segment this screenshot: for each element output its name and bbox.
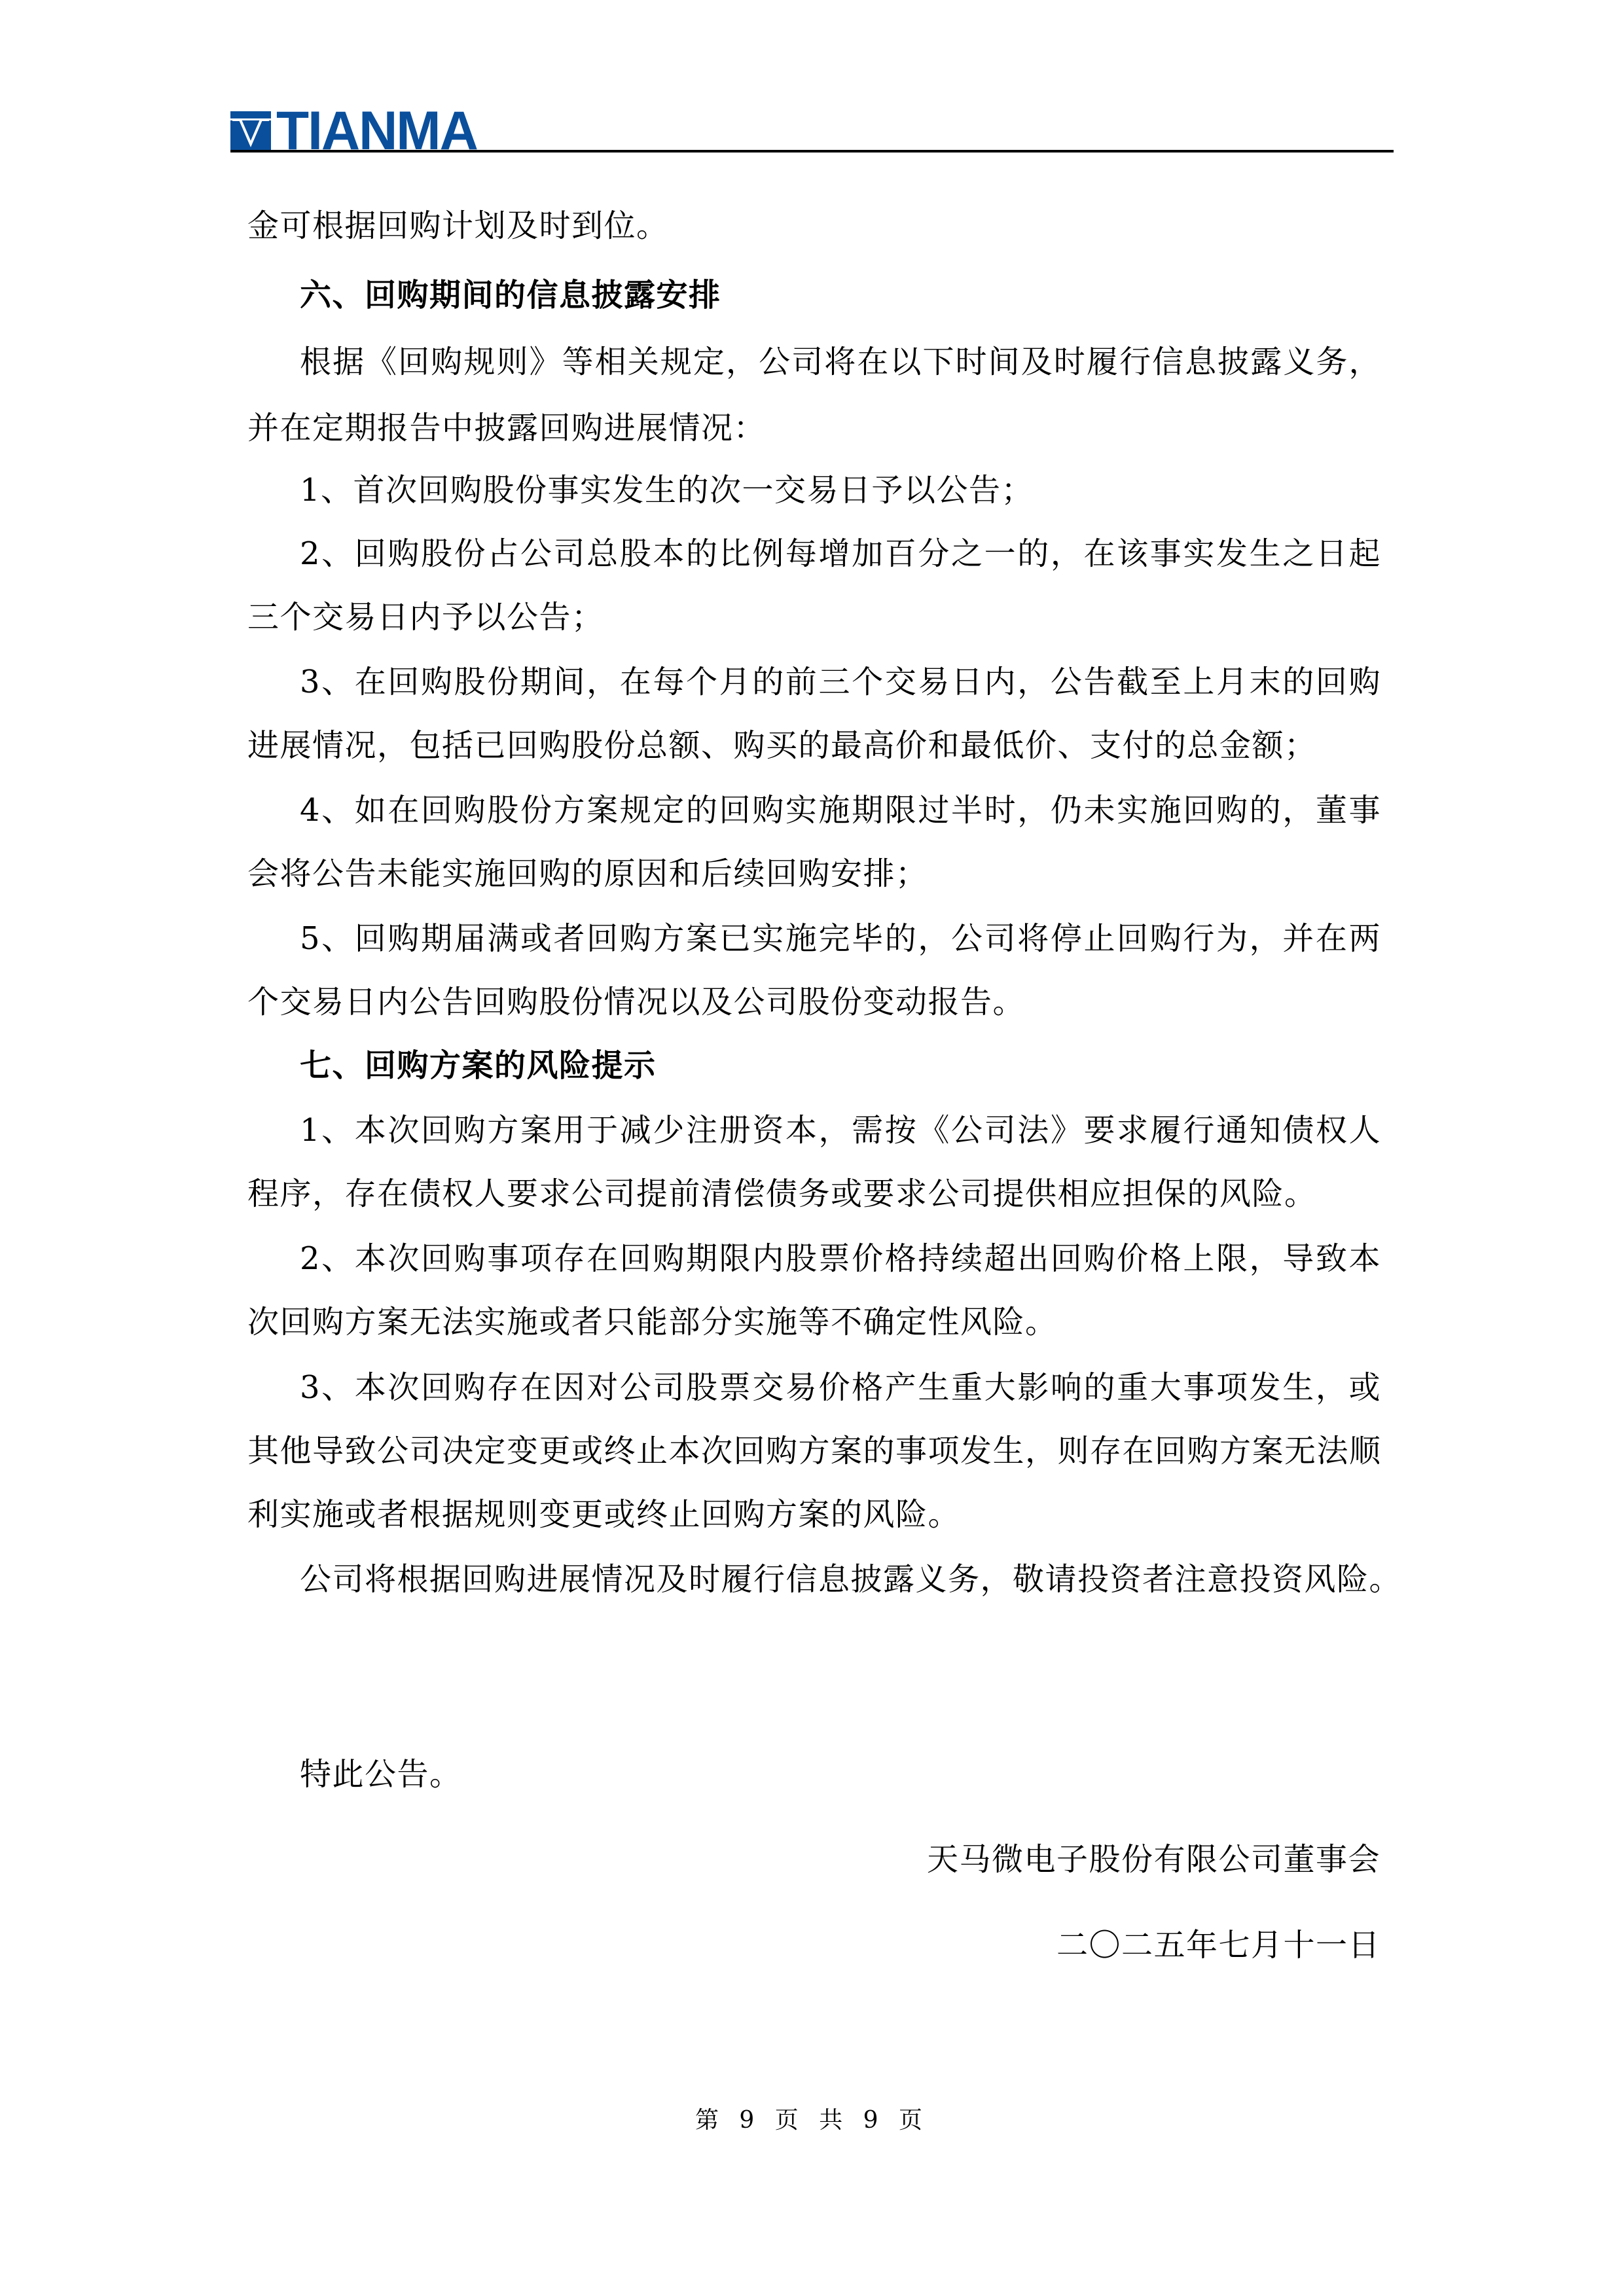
paragraph-line: 个交易日内公告回购股份情况以及公司股份变动报告。	[247, 982, 1025, 1022]
paragraph-line: 三个交易日内予以公告；	[247, 598, 604, 637]
paragraph-line: 利实施或者根据规则变更或终止回购方案的风险。	[247, 1495, 960, 1534]
paragraph-line: 其他导致公司决定变更或终止本次回购方案的事项发生，则存在回购方案无法顺	[247, 1431, 1381, 1471]
paragraph-line: 次回购方案无法实施或者只能部分实施等不确定性风险。	[247, 1302, 1058, 1342]
section-heading-7: 七、回购方案的风险提示	[300, 1046, 657, 1085]
paragraph-line: 程序，存在债权人要求公司提前清偿债务或要求公司提供相应担保的风险。	[247, 1174, 1317, 1213]
signature: 天马微电子股份有限公司董事会	[927, 1840, 1380, 1879]
list-item-line: 4、如在回购股份方案规定的回购实施期限过半时，仍未实施回购的，董事	[300, 791, 1381, 830]
list-item-line: 3、在回购股份期间，在每个月的前三个交易日内，公告截至上月末的回购	[300, 662, 1381, 702]
date: 二〇二五年七月十一日	[1056, 1926, 1380, 1965]
paragraph-line: 根据《回购规则》等相关规定，公司将在以下时间及时履行信息披露义务，	[300, 342, 1381, 382]
paragraph-line: 进展情况，包括已回购股份总额、购买的最高价和最低价、支付的总金额；	[247, 726, 1317, 765]
list-item-line: 5、回购期届满或者回购方案已实施完毕的，公司将停止回购行为，并在两	[300, 919, 1381, 958]
paragraph-line: 并在定期报告中披露回购进展情况：	[247, 408, 766, 448]
list-item-line: 3、本次回购存在因对公司股票交易价格产生重大影响的重大事项发生，或	[300, 1368, 1381, 1407]
closing-text: 特此公告。	[300, 1755, 462, 1794]
tianma-v-mark-icon	[230, 111, 271, 152]
list-item-line: 2、回购股份占公司总股本的比例每增加百分之一的，在该事实发生之日起	[300, 534, 1381, 573]
company-logo: TIANMA	[230, 111, 477, 152]
list-item-line: 2、本次回购事项存在回购期限内股票价格持续超出回购价格上限，导致本	[300, 1239, 1381, 1278]
page-number: 第 9 页 共 9 页	[0, 2105, 1624, 2136]
paragraph-line: 会将公告未能实施回购的原因和后续回购安排；	[247, 854, 928, 893]
section-heading-6: 六、回购期间的信息披露安排	[300, 276, 721, 315]
paragraph-line: 公司将根据回购进展情况及时履行信息披露义务，敬请投资者注意投资风险。	[300, 1560, 1381, 1599]
paragraph-line: 金可根据回购计划及时到位。	[247, 206, 669, 245]
list-item-line: 1、本次回购方案用于减少注册资本，需按《公司法》要求履行通知债权人	[300, 1111, 1381, 1150]
header-rule	[230, 150, 1394, 152]
list-item-line: 1、首次回购股份事实发生的次一交易日予以公告；	[300, 471, 1034, 510]
logo-wordmark: TIANMA	[276, 111, 477, 152]
